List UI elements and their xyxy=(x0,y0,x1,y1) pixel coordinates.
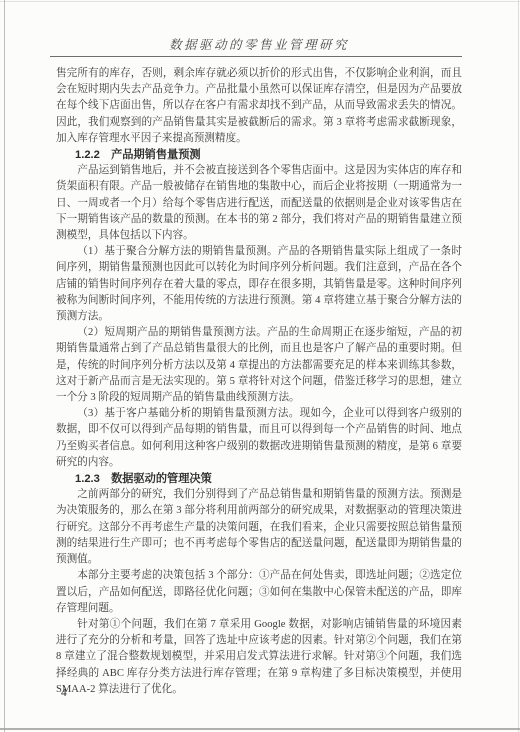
page-number: 4 xyxy=(61,687,67,699)
running-head-title: 数据驱动的零售业管理研究 xyxy=(56,35,462,53)
text-column: 售完所有的库存，否则，剩余库存就必须以折价的形式出售，不仅影响企业利润，而且会在… xyxy=(56,66,462,698)
body-paragraph: （1）基于聚合分解方法的期销售量预测。产品的各期销售量实际上组成了一条时间序列，… xyxy=(56,244,462,325)
body-paragraph: 针对第①个问题，我们在第 7 章采用 Google 数据，对影响店铺销售量的环境… xyxy=(56,617,462,698)
section-heading: 1.2.2 产品期销售量预测 xyxy=(56,147,462,163)
body-paragraph: 本部分主要考虑的决策包括 3 个部分：①产品在何处售卖，即选址问题；②选定位置以… xyxy=(56,568,462,617)
scan-edge-top xyxy=(0,1,520,2)
body-paragraph: （2）短周期产品的期销售量预测方法。产品的生命周期正在逐步缩短，产品的初期销售量… xyxy=(56,325,462,406)
body-paragraph: 售完所有的库存，否则，剩余库存就必须以折价的形式出售，不仅影响企业利润，而且会在… xyxy=(56,66,462,147)
header-rule xyxy=(50,56,462,57)
scan-edge-right xyxy=(518,0,519,732)
body-paragraph: 之前两部分的研究，我们分别得到了产品总销售量和期销售量的预测方法。预测是为决策服… xyxy=(56,487,462,568)
body-paragraph: （3）基于客户基础分析的期销售量预测方法。现如今，企业可以得到客户级别的数据，即… xyxy=(56,406,462,471)
body-paragraph: 产品运到销售地后，并不会被直接送到各个零售店面中。这是因为实体店的库存和货架面积… xyxy=(56,163,462,244)
scan-edge-bottom xyxy=(0,728,520,730)
section-heading: 1.2.3 数据驱动的管理决策 xyxy=(56,471,462,487)
scan-edge-left xyxy=(4,0,5,732)
book-page: 数据驱动的零售业管理研究 售完所有的库存，否则，剩余库存就必须以折价的形式出售，… xyxy=(0,0,520,732)
